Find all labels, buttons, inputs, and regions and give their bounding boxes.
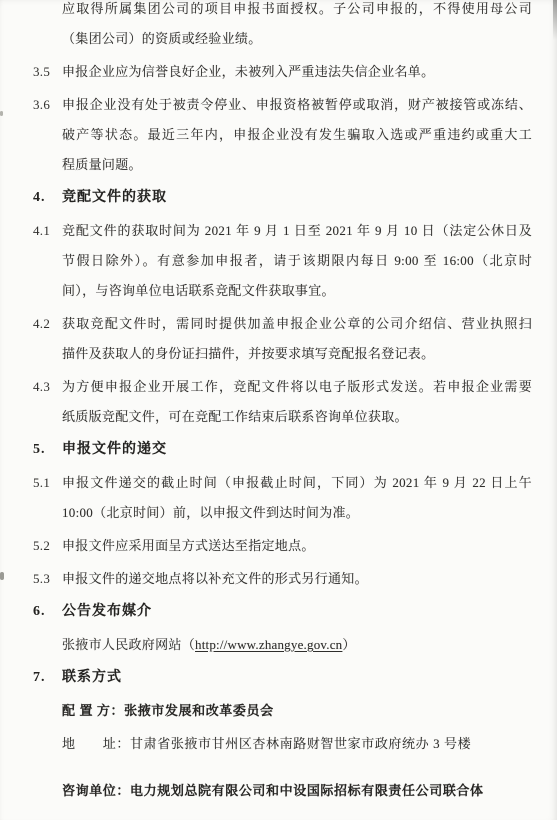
item-number: 3.5 bbox=[33, 57, 62, 87]
clause-4-3: 4.3 为方便申报企业开展工作，竞配文件将以电子版形式发送。若申报企业需要 纸质… bbox=[33, 372, 532, 432]
text-line: 纸质版竞配文件，可在竞配工作结束后联系咨询单位获取。 bbox=[62, 402, 532, 432]
text-line: 间），与咨询单位电话联系竞配文件获取事宜。 bbox=[62, 276, 532, 306]
contact-value: 甘肃省张掖市甘州区杏林南路财智世家市政府统办 3 号楼 bbox=[130, 736, 471, 751]
contact-value: 张掖市发展和改革委员会 bbox=[124, 703, 274, 718]
item-number bbox=[33, 630, 62, 660]
item-number bbox=[33, 0, 62, 54]
clause-5-1: 5.1 申报文件递交的截止时间（申报截止时间，下同）为 2021 年 9 月 2… bbox=[33, 468, 532, 528]
paragraph-3-4-continuation: 应取得所属集团公司的项目申报书面授权。子公司申报的，不得使用母公司 （集团公司）… bbox=[33, 0, 532, 54]
section-title: 申报文件的递交 bbox=[62, 435, 532, 465]
text-line: 程质量问题。 bbox=[62, 150, 532, 180]
contact-label: 咨询单位： bbox=[62, 783, 130, 798]
text-line: 申报文件应采用面呈方式送达至指定地点。 bbox=[62, 531, 532, 561]
text-line: 为方便申报企业开展工作，竞配文件将以电子版形式发送。若申报企业需要 bbox=[62, 372, 532, 402]
item-number bbox=[33, 696, 62, 726]
text-line: 竞配文件的获取时间为 2021 年 9 月 1 日至 2021 年 9 月 10… bbox=[62, 216, 532, 246]
item-number bbox=[33, 776, 62, 806]
document-page: 应取得所属集团公司的项目申报书面授权。子公司申报的，不得使用母公司 （集团公司）… bbox=[0, 0, 557, 820]
text-line: 地 址：甘肃省张掖市甘州区杏林南路财智世家市政府统办 3 号楼 bbox=[62, 729, 532, 759]
text-line: 10:00（北京时间）前，以申报文件到达时间为准。 bbox=[62, 498, 532, 528]
text-line: 获取竞配文件时，需同时提供加盖申报企业公章的公司介绍信、营业执照扫 bbox=[62, 309, 532, 339]
text-line: 配 置 方：张掖市发展和改革委员会 bbox=[62, 696, 532, 726]
item-number: 4.1 bbox=[33, 216, 62, 306]
section-heading-4: 4. 竞配文件的获取 bbox=[33, 183, 532, 213]
section-number: 6. bbox=[33, 597, 62, 627]
section-heading-6: 6. 公告发布媒介 bbox=[33, 597, 532, 627]
text-line: （集团公司）的资质或经验业绩。 bbox=[62, 24, 532, 54]
item-number: 3.6 bbox=[33, 90, 62, 180]
section-heading-5: 5. 申报文件的递交 bbox=[33, 435, 532, 465]
contact-consultant-row: 咨询单位：电力规划总院有限公司和中设国际招标有限责任公司联合体 bbox=[33, 776, 532, 806]
contact-allocator-row: 配 置 方：张掖市发展和改革委员会 bbox=[33, 696, 532, 726]
text-line: 破产等状态。最近三年内，申报企业没有发生骗取入选或严重违约或重大工 bbox=[62, 120, 532, 150]
contact-label: 配 置 方： bbox=[62, 703, 124, 718]
text-line: 申报企业应为信誉良好企业，未被列入严重违法失信企业名单。 bbox=[62, 57, 532, 87]
contact-label: 地 址： bbox=[62, 736, 130, 751]
clause-4-1: 4.1 竞配文件的获取时间为 2021 年 9 月 1 日至 2021 年 9 … bbox=[33, 216, 532, 306]
text-line: 申报文件递交的截止时间（申报截止时间，下同）为 2021 年 9 月 22 日上… bbox=[62, 468, 532, 498]
scan-edge-shadow bbox=[553, 0, 557, 40]
item-number: 5.1 bbox=[33, 468, 62, 528]
media-paragraph: 张掖市人民政府网站（http://www.zhangye.gov.cn） bbox=[33, 630, 532, 660]
scan-artifact bbox=[0, 572, 4, 580]
section-title: 竞配文件的获取 bbox=[62, 183, 532, 213]
media-post-text: ） bbox=[342, 637, 355, 652]
item-number: 4.2 bbox=[33, 309, 62, 369]
clause-5-2: 5.2 申报文件应采用面呈方式送达至指定地点。 bbox=[33, 531, 532, 561]
item-number bbox=[33, 729, 62, 759]
contact-value: 电力规划总院有限公司和中设国际招标有限责任公司联合体 bbox=[130, 783, 484, 798]
item-number: 4.3 bbox=[33, 372, 62, 432]
section-number: 7. bbox=[33, 663, 62, 693]
clause-5-3: 5.3 申报文件的递交地点将以补充文件的形式另行通知。 bbox=[33, 564, 532, 594]
text-line: 描件及获取人的身份证扫描件，并按要求填写竞配报名登记表。 bbox=[62, 339, 532, 369]
section-title: 联系方式 bbox=[62, 663, 532, 693]
item-number: 5.3 bbox=[33, 564, 62, 594]
clause-3-6: 3.6 申报企业没有处于被责令停业、申报资格被暂停或取消，财产被接管或冻结、 破… bbox=[33, 90, 532, 180]
text-line: 应取得所属集团公司的项目申报书面授权。子公司申报的，不得使用母公司 bbox=[62, 0, 532, 24]
website-url: http://www.zhangye.gov.cn bbox=[195, 637, 342, 652]
section-number: 4. bbox=[33, 183, 62, 213]
text-line: 节假日除外）。有意参加申报者，请于该期限内每日 9:00 至 16:00（北京时 bbox=[62, 246, 532, 276]
section-title: 公告发布媒介 bbox=[62, 597, 532, 627]
text-line: 张掖市人民政府网站（http://www.zhangye.gov.cn） bbox=[62, 630, 532, 660]
contact-address-row: 地 址：甘肃省张掖市甘州区杏林南路财智世家市政府统办 3 号楼 bbox=[33, 729, 532, 759]
text-line: 申报文件的递交地点将以补充文件的形式另行通知。 bbox=[62, 564, 532, 594]
clause-4-2: 4.2 获取竞配文件时，需同时提供加盖申报企业公章的公司介绍信、营业执照扫 描件… bbox=[33, 309, 532, 369]
section-number: 5. bbox=[33, 435, 62, 465]
scan-artifact bbox=[0, 111, 3, 116]
document-content: 应取得所属集团公司的项目申报书面授权。子公司申报的，不得使用母公司 （集团公司）… bbox=[33, 0, 532, 809]
item-number: 5.2 bbox=[33, 531, 62, 561]
text-line: 咨询单位：电力规划总院有限公司和中设国际招标有限责任公司联合体 bbox=[62, 776, 532, 806]
clause-3-5: 3.5 申报企业应为信誉良好企业，未被列入严重违法失信企业名单。 bbox=[33, 57, 532, 87]
section-heading-7: 7. 联系方式 bbox=[33, 663, 532, 693]
text-line: 申报企业没有处于被责令停业、申报资格被暂停或取消，财产被接管或冻结、 bbox=[62, 90, 532, 120]
media-pre-text: 张掖市人民政府网站（ bbox=[62, 637, 195, 652]
